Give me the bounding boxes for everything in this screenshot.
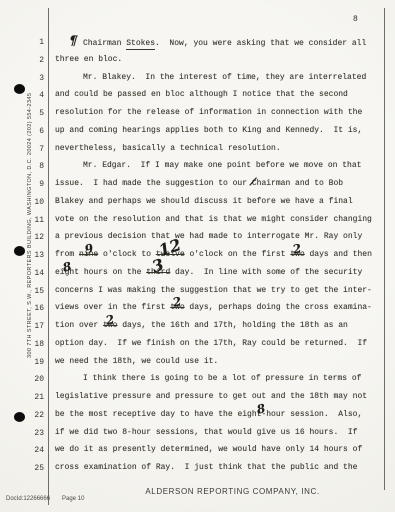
- line-number: 2: [0, 55, 44, 65]
- transcript-line: 8Mr. Edgar. If I may make one point befo…: [0, 161, 395, 179]
- text-segment: tion over: [55, 321, 103, 330]
- annotated-word: two2: [170, 303, 184, 313]
- line-text: be the most receptive day to have the ei…: [55, 410, 362, 420]
- transcript-line: 16views over in the first two2 days, per…: [0, 303, 395, 321]
- transcript-line: 12a previous decision that we had made t…: [0, 232, 395, 250]
- annotated-word: two2: [290, 250, 304, 260]
- line-text: resolution for the release of informatio…: [55, 108, 362, 118]
- doc-page-label: Page 10: [62, 496, 84, 502]
- line-text: nevertheless, basically a technical reso…: [55, 144, 281, 154]
- line-number: 14: [0, 268, 44, 278]
- transcript-line: 6up and coming hearings applies both to …: [0, 126, 395, 144]
- transcript-line: 20I think there is going to be a lot of …: [0, 374, 395, 392]
- text-segment: up and coming hearings applies both to K…: [55, 126, 362, 135]
- line-text: Mr. Edgar. If I may make one point befor…: [55, 161, 361, 171]
- transcript-line: 11vote on the resolution and that is tha…: [0, 215, 395, 233]
- annotated-word: Chairman/: [252, 179, 290, 189]
- transcript-line: 13from nine9 o'clock to twelve12 o'clock…: [0, 250, 395, 268]
- line-text: cross examination of Ray. I just think t…: [55, 463, 357, 473]
- transcript-line: 18option day. If we finish on the 17th, …: [0, 339, 395, 357]
- line-text: legislative pressure and pressure to get…: [55, 392, 367, 402]
- text-segment: and could be passed en bloc although I n…: [55, 90, 348, 99]
- doc-id: DocId:12266666: [6, 496, 50, 502]
- line-number: 3: [0, 73, 44, 83]
- line-text: tion over two2 days, the 16th and 17th, …: [55, 321, 348, 331]
- text-segment: three en bloc.: [55, 55, 122, 64]
- line-number: 13: [0, 250, 44, 260]
- line-number: 20: [0, 374, 44, 384]
- line-text: up and coming hearings applies both to K…: [55, 126, 362, 136]
- line-number: 1: [0, 37, 44, 47]
- line-number: 15: [0, 286, 44, 296]
- text-segment: Mr. Blakey. In the interest of time, the…: [83, 73, 366, 82]
- transcript-line: 23if we did two 8-hour sessions, that wo…: [0, 428, 395, 446]
- text-segment: days and then: [305, 250, 372, 259]
- line-number: 25: [0, 463, 44, 473]
- text-segment: vote on the resolution and that is that …: [55, 215, 372, 224]
- annotated-word: nine9: [79, 250, 98, 260]
- annotated-word: two2: [103, 321, 117, 331]
- transcript-line: 5resolution for the release of informati…: [0, 108, 395, 126]
- text-segment: nevertheless, basically a technical reso…: [55, 144, 281, 153]
- line-text: Mr. Blakey. In the interest of time, the…: [55, 73, 366, 83]
- line-text: we do it as presently determined, we wou…: [55, 445, 362, 455]
- text-segment: Chairman: [83, 39, 126, 48]
- text-segment: hours on the: [79, 268, 146, 277]
- transcript-line: 1¶Chairman Stokes. Now, you were asking …: [0, 37, 395, 55]
- line-number: 19: [0, 357, 44, 367]
- line-number: 23: [0, 428, 44, 438]
- transcript-line: 14eight8 hours on the third3 day. In lin…: [0, 268, 395, 286]
- text-segment: days, the 16th and 17th, holding the 18t…: [117, 321, 347, 330]
- line-number: 5: [0, 108, 44, 118]
- transcript-line: 21legislative pressure and pressure to g…: [0, 392, 395, 410]
- text-segment: days, perhaps doing the cross examina-: [185, 303, 372, 312]
- text-segment: day. In line with some of the security: [170, 268, 362, 277]
- annotated-word: twelve12: [156, 250, 185, 260]
- line-text: eight8 hours on the third3 day. In line …: [55, 268, 362, 278]
- text-segment: views over in the first: [55, 303, 170, 312]
- text-segment: from: [55, 250, 79, 259]
- transcript-line: 10Blakey and perhaps we should discuss i…: [0, 197, 395, 215]
- transcript-line: 17tion over two2 days, the 16th and 17th…: [0, 321, 395, 339]
- text-segment: we do it as presently determined, we wou…: [55, 445, 362, 454]
- annotated-word: eight8: [55, 268, 79, 278]
- line-text: from nine9 o'clock to twelve12 o'clock o…: [55, 250, 372, 260]
- line-number: 8: [0, 161, 44, 171]
- line-text: we need the 18th, we could use it.: [55, 357, 218, 367]
- text-segment: we need the 18th, we could use it.: [55, 357, 218, 366]
- footer-company-name: ALDERSON REPORTING COMPANY, INC.: [140, 487, 325, 496]
- line-number: 18: [0, 339, 44, 349]
- text-segment: be the most receptive day to have the: [55, 410, 237, 419]
- line-number: 4: [0, 90, 44, 100]
- document-stamp: DocId:12266666 Page 10: [6, 496, 84, 502]
- annotated-word: eight-hour8: [237, 410, 285, 420]
- transcript-line: 15concerns I was making the suggestion t…: [0, 286, 395, 304]
- annotated-word: third3: [146, 268, 170, 278]
- line-number: 22: [0, 410, 44, 420]
- line-text: and could be passed en bloc although I n…: [55, 90, 348, 100]
- text-segment: cross examination of Ray. I just think t…: [55, 463, 357, 472]
- transcript-line: 19we need the 18th, we could use it.: [0, 357, 395, 375]
- text-segment: a previous decision that we had made to …: [55, 232, 362, 241]
- line-number: 21: [0, 392, 44, 402]
- text-segment: resolution for the release of informatio…: [55, 108, 362, 117]
- transcript-line: 2three en bloc.: [0, 55, 395, 73]
- line-number: 24: [0, 445, 44, 455]
- text-segment: option day. If we finish on the 17th, Ra…: [55, 339, 367, 348]
- line-number: 7: [0, 144, 44, 154]
- line-number: 6: [0, 126, 44, 136]
- text-segment: concerns I was making the suggestion tha…: [55, 286, 372, 295]
- line-text: vote on the resolution and that is that …: [55, 215, 372, 225]
- line-number: 17: [0, 321, 44, 331]
- underlined-word: Stokes: [126, 39, 155, 49]
- transcript-line: 4and could be passed en bloc although I …: [0, 90, 395, 108]
- line-text: I think there is going to be a lot of pr…: [55, 374, 361, 384]
- line-text: concerns I was making the suggestion tha…: [55, 286, 372, 296]
- line-text: option day. If we finish on the 17th, Ra…: [55, 339, 367, 349]
- transcript-line: 3Mr. Blakey. In the interest of time, th…: [0, 73, 395, 91]
- text-segment: and to Bob: [290, 179, 343, 188]
- text-segment: Blakey and perhaps we should discuss it …: [55, 197, 353, 206]
- line-number: 11: [0, 215, 44, 225]
- line-number: 16: [0, 303, 44, 313]
- text-segment: Mr. Edgar. If I may make one point befor…: [83, 161, 361, 170]
- transcript-line: 22be the most receptive day to have the …: [0, 410, 395, 428]
- text-segment: o'clock on the first: [185, 250, 291, 259]
- transcript-line: 7nevertheless, basically a technical res…: [0, 144, 395, 162]
- line-text: views over in the first two2 days, perha…: [55, 303, 372, 313]
- line-text: Blakey and perhaps we should discuss it …: [55, 197, 353, 207]
- text-segment: . Now, you were asking that we consider …: [155, 39, 366, 48]
- text-segment: issue. I had made the suggestion to our: [55, 179, 252, 188]
- text-segment: if we did two 8-hour sessions, that woul…: [55, 428, 357, 437]
- line-number: 9: [0, 179, 44, 189]
- text-segment: legislative pressure and pressure to get…: [55, 392, 367, 401]
- line-number: 12: [0, 232, 44, 242]
- text-segment: I think there is going to be a lot of pr…: [83, 374, 361, 383]
- transcript-line: 24we do it as presently determined, we w…: [0, 445, 395, 463]
- transcript-line: 9issue. I had made the suggestion to our…: [0, 179, 395, 197]
- text-segment: session. Also,: [285, 410, 362, 419]
- line-text: a previous decision that we had made to …: [55, 232, 362, 242]
- transcript-lines: 1¶Chairman Stokes. Now, you were asking …: [0, 37, 395, 481]
- text-segment: o'clock to: [98, 250, 156, 259]
- line-text: issue. I had made the suggestion to our …: [55, 179, 343, 189]
- handwritten-pilcrow: ¶: [69, 37, 84, 48]
- page-number: 8: [353, 15, 358, 24]
- line-text: ¶Chairman Stokes. Now, you were asking t…: [55, 37, 366, 49]
- transcript-line: 25cross examination of Ray. I just think…: [0, 463, 395, 481]
- document-page: 8 300 7TH STREET, S.W., REPORTERS BUILDI…: [0, 0, 395, 512]
- line-number: 10: [0, 197, 44, 207]
- line-text: three en bloc.: [55, 55, 122, 65]
- line-text: if we did two 8-hour sessions, that woul…: [55, 428, 357, 438]
